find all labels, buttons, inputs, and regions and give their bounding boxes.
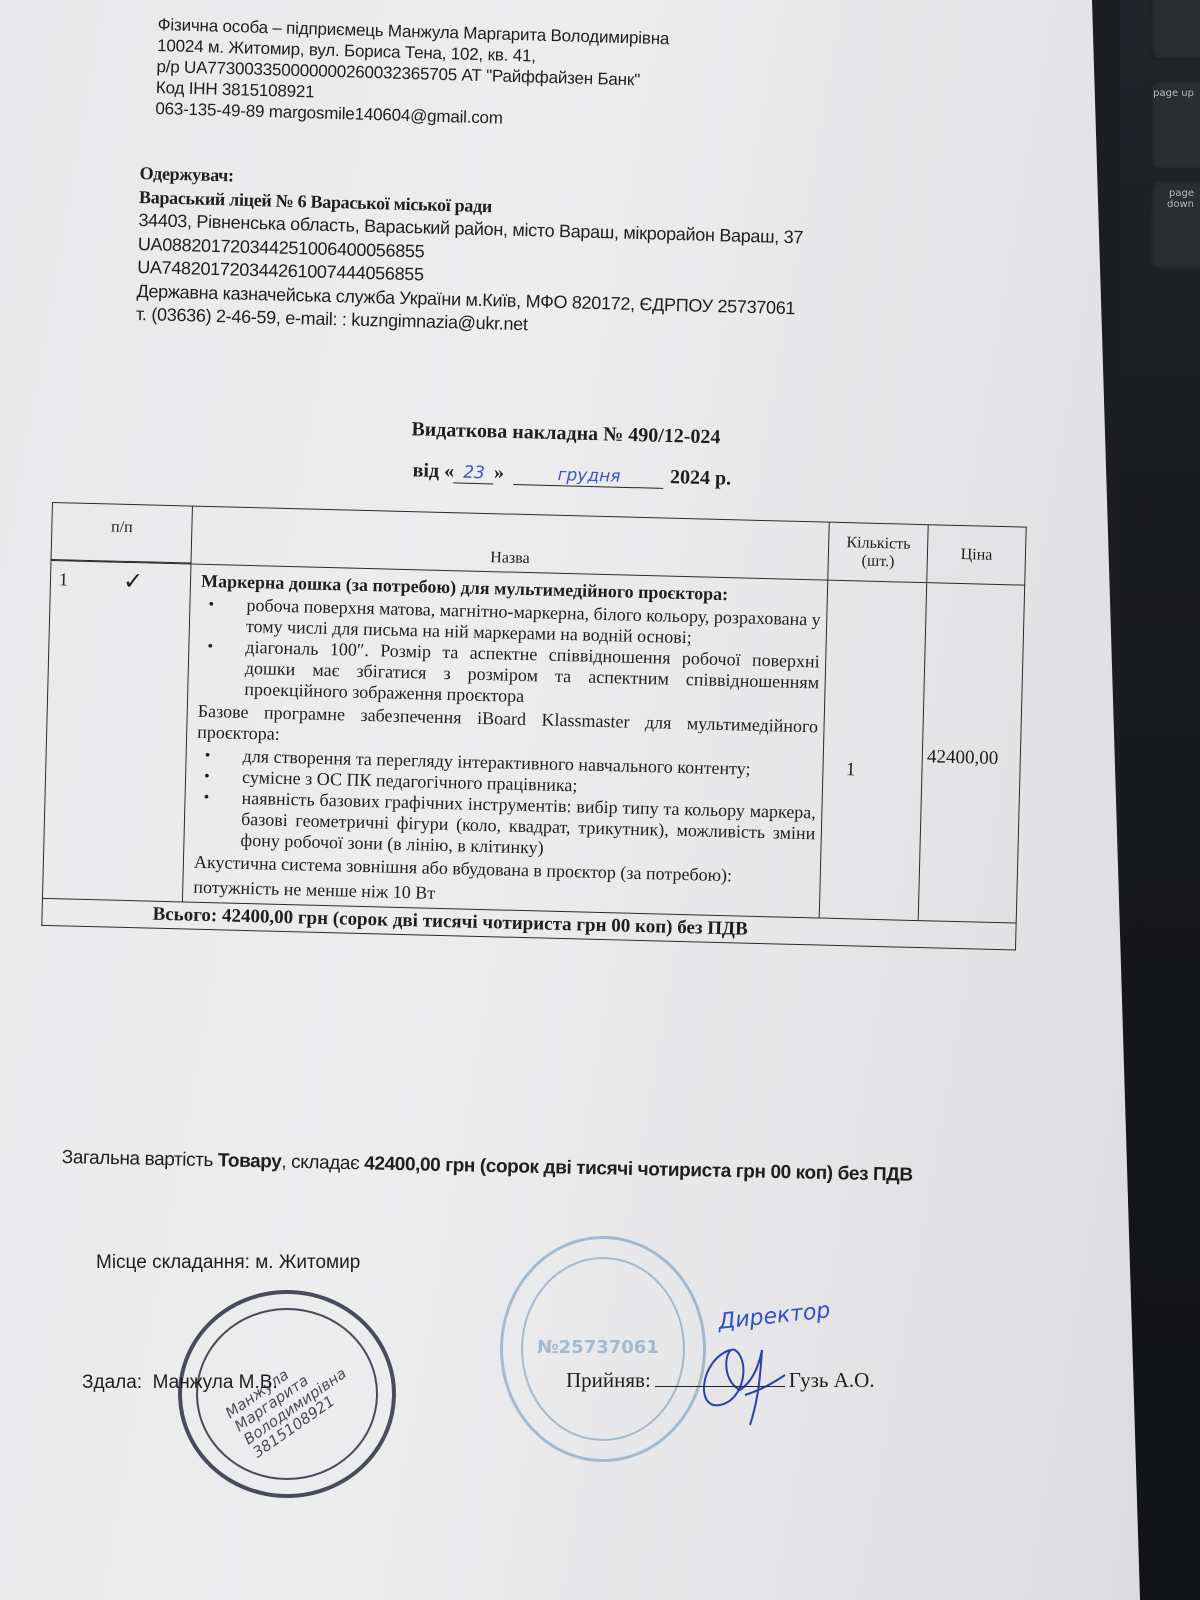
key-page-down: page down — [1150, 180, 1200, 270]
buyer-stamp-text: №25737061 — [537, 1337, 659, 1358]
date-month: грудня — [514, 464, 664, 489]
items-table: п/п Назва Кількість (шт.) Ціна 1 ✓ Марке… — [41, 502, 1026, 951]
date-mid: » — [494, 461, 505, 483]
date-day: 23 — [454, 462, 495, 484]
summary-middle: , складає — [281, 1152, 364, 1175]
handed-name: Манжула М.В. — [153, 1372, 278, 1393]
row-name-cell: Маркерна дошка (за потребою) для мультим… — [182, 564, 828, 918]
list-item: наявність базових графічних інструментів… — [240, 788, 816, 866]
row-qty: 1 — [820, 580, 927, 920]
row-price: 42400,00 — [918, 583, 1024, 923]
items-table-wrapper: п/п Назва Кількість (шт.) Ціна 1 ✓ Марке… — [41, 502, 1036, 951]
header-num: п/п — [51, 503, 192, 564]
header-price: Ціна — [927, 525, 1026, 585]
invoice-document: Фізична особа – підприємець Манжула Марг… — [0, 0, 1140, 1600]
signature-line — [655, 1386, 785, 1387]
software-specs-list: для створення та перегляду інтерактивног… — [194, 745, 817, 866]
handed-label: Здала: — [82, 1372, 142, 1393]
table-row: 1 ✓ Маркерна дошка (за потребою) для мул… — [42, 560, 1024, 923]
accepted-by: Прийняв:Гузь А.О. — [566, 1368, 875, 1393]
document-header: Видаткова накладна № 490/12-024 від «23»… — [398, 418, 732, 491]
sender-details: Фізична особа – підприємець Манжула Марг… — [155, 14, 669, 133]
seller-stamp: Манжула Маргарита Володимирівна 38151089… — [178, 1290, 396, 1498]
key-page-up: page up — [1150, 80, 1200, 170]
row-num-cell: 1 ✓ — [42, 560, 191, 901]
summary-goods: Товару — [218, 1150, 282, 1172]
checkmark-icon: ✓ — [123, 567, 144, 595]
summary-amount: 42400,00 грн (сорок дві тисячі чотириста… — [364, 1153, 913, 1185]
date-prefix: від « — [412, 459, 454, 482]
list-item: діагональ 100″. Розмір та аспектне співв… — [244, 637, 820, 715]
buyer-stamp: №25737061 — [500, 1236, 706, 1462]
summary-prefix: Загальна вартість — [62, 1147, 219, 1171]
recipient-details: Одержувач: Вараський ліцей № 6 Вараської… — [136, 162, 805, 344]
handed-over: Здала: Манжула М.В. — [82, 1372, 278, 1394]
board-specs-list: робоча поверхня матова, магнітно-маркерн… — [198, 594, 821, 715]
header-qty: Кількість (шт.) — [828, 522, 928, 582]
accepted-label: Прийняв: — [566, 1368, 651, 1392]
key-pause-break: pause break — [1150, 0, 1200, 60]
date-year: 2024 р. — [670, 466, 732, 490]
summary-text: Загальна вартість Товару, складає 42400,… — [61, 1146, 1041, 1191]
row-num: 1 — [59, 569, 69, 589]
document-title: Видаткова накладна № 490/12-024 — [399, 418, 732, 450]
seller-stamp-text: Манжула Маргарита Володимирівна 38151089… — [222, 1339, 357, 1460]
document-date: від «23»грудня2024 р. — [412, 459, 731, 490]
accepted-name: Гузь А.О. — [789, 1368, 875, 1392]
place-of-issue: Місце складання: м. Житомир — [96, 1252, 360, 1274]
